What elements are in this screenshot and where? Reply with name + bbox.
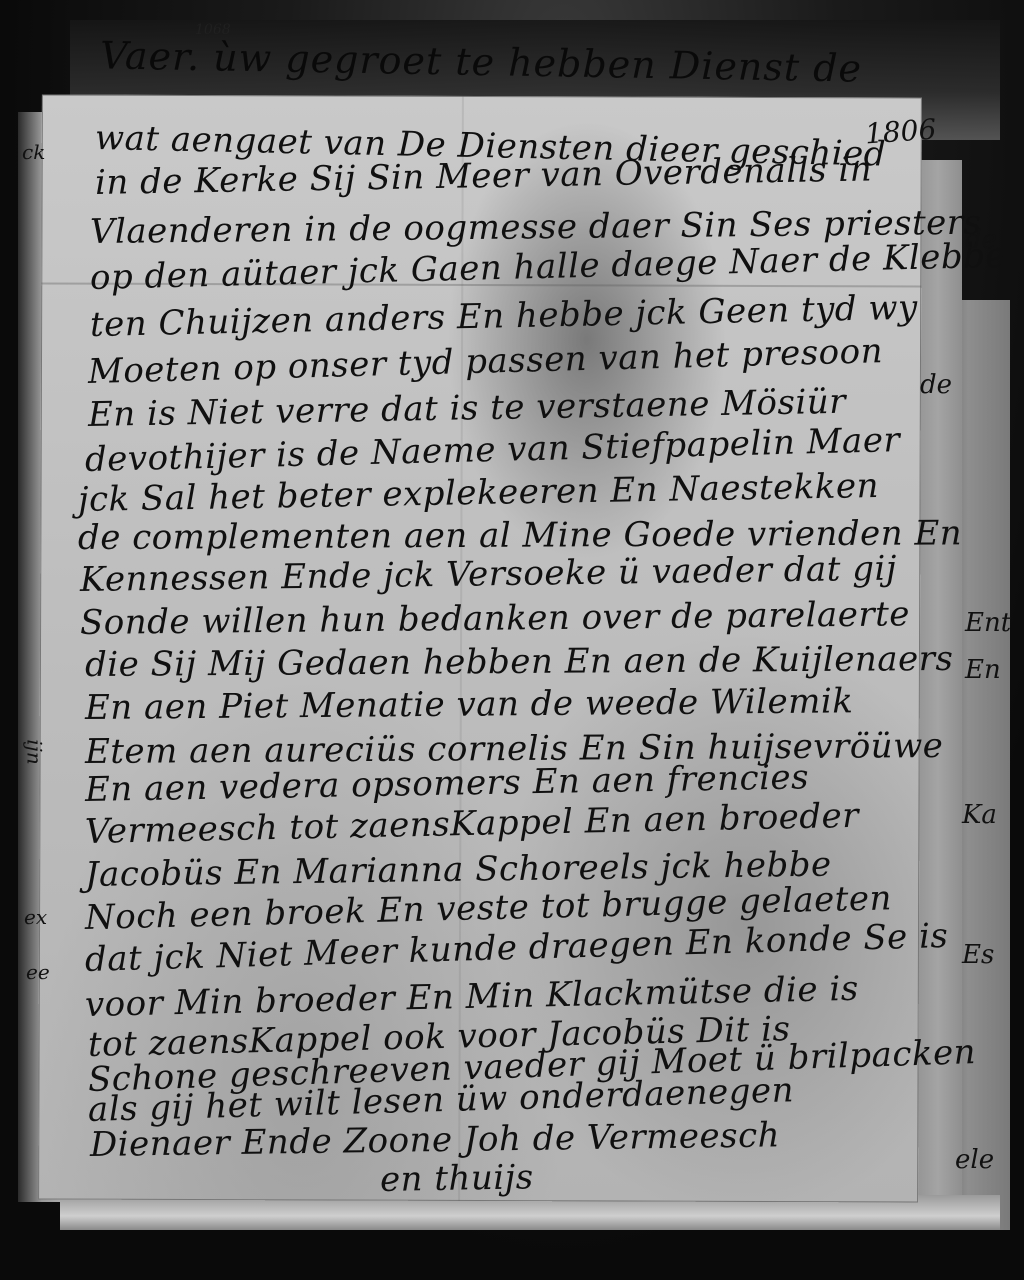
- right-margin-fragment: En: [965, 655, 1001, 685]
- left-margin-fragment: ee: [26, 960, 50, 984]
- right-margin-fragment: Es: [962, 940, 994, 970]
- letter-line: die Sij Mij Gedaen hebben En aen de Kuij…: [85, 639, 954, 685]
- letter-closing-line: en thuijs: [380, 1157, 534, 1200]
- left-margin-fragment: ck: [22, 140, 45, 164]
- right-margin-fragment: de: [920, 370, 952, 400]
- right-margin-fragment: Ka: [962, 800, 997, 830]
- right-margin-fragment: de: [965, 225, 997, 255]
- left-margin-fragment: ex: [24, 905, 47, 929]
- left-margin-fragment: ijn: [23, 739, 47, 764]
- letter-line: En aen Piet Menatie van de weede Wilemik: [85, 681, 854, 728]
- right-margin-fragment: Ent: [965, 608, 1011, 638]
- right-margin-fragment: ele: [955, 1145, 994, 1175]
